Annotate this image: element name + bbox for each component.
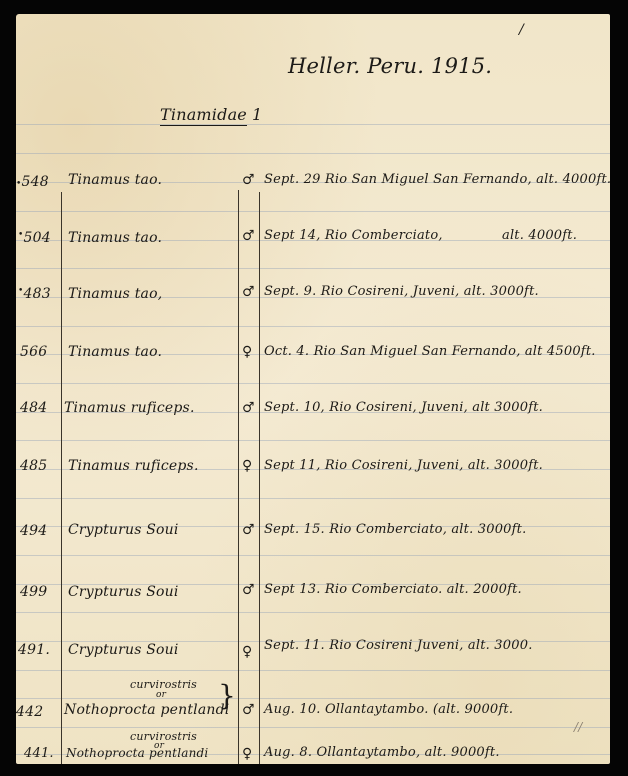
male-icon: ♂ (242, 400, 255, 416)
column-divider-sex-right (259, 192, 260, 764)
specimen-number: 494 (20, 523, 47, 539)
specimen-number: •504 (18, 230, 51, 246)
male-icon: ♂ (242, 702, 255, 718)
altitude: alt. 4000ft. (502, 228, 577, 243)
or-label: or (156, 690, 166, 700)
page-title: Heller. Peru. 1915. (288, 54, 492, 78)
specimen-number: 484 (20, 400, 47, 416)
male-icon: ♂ (242, 172, 255, 188)
family-heading: Tinamidae (160, 105, 247, 126)
species-name: Tinamus ruficeps. (68, 458, 199, 474)
specimen-number: 491. (18, 642, 50, 658)
ruled-line (16, 698, 610, 699)
brace-mark: } (218, 682, 236, 710)
ruled-line (16, 383, 610, 384)
specimen-number: 566 (20, 344, 47, 360)
collection-record: Sept. 11. Rio Cosireni Juveni, alt. 3000… (264, 638, 533, 653)
collection-record: Oct. 4. Rio San Miguel San Fernando, alt… (264, 344, 596, 359)
ruled-line (16, 211, 610, 212)
collection-record: Aug. 8. Ollantaytambo, alt. 9000ft. (264, 745, 500, 760)
female-icon: ♀ (242, 344, 252, 360)
collection-record: Sept. 15. Rio Comberciato, alt. 3000ft. (264, 522, 526, 537)
ruled-line (16, 153, 610, 154)
species-name: Crypturus Soui (68, 642, 179, 658)
species-name: Tinamus tao, (68, 286, 162, 302)
female-icon: ♀ (242, 458, 252, 474)
ruled-line (16, 124, 610, 125)
column-divider-sex-left (238, 190, 239, 764)
collection-record: Sept 13. Rio Comberciato. alt. 2000ft. (264, 582, 522, 597)
ruled-line (16, 498, 610, 499)
collection-record: Sept 11, Rio Cosireni, Juveni, alt. 3000… (264, 458, 543, 473)
male-icon: ♂ (242, 284, 255, 300)
specimen-number: 442 (16, 704, 43, 720)
ruled-line (16, 440, 610, 441)
ledger-page: Heller. Peru. 1915. Tinamidae 1 / // •54… (16, 14, 610, 764)
species-name: Crypturus Soui (68, 522, 179, 538)
specimen-number: 485 (20, 458, 47, 474)
collection-record: Aug. 10. Ollantaytambo. (alt. 9000ft. (264, 702, 513, 717)
specimen-number: 499 (20, 584, 47, 600)
species-name: Tinamus tao. (68, 344, 162, 360)
male-icon: ♂ (242, 522, 255, 538)
collection-record: Sept. 10, Rio Cosireni, Juveni, alt 3000… (264, 400, 543, 415)
specimen-number: •483 (18, 286, 51, 302)
column-divider-species (61, 192, 62, 764)
female-icon: ♀ (242, 746, 252, 762)
collection-record: Sept. 9. Rio Cosireni, Juveni, alt. 3000… (264, 284, 539, 299)
margin-mark-top: / (519, 22, 524, 38)
species-name: Tinamus tao. (68, 230, 162, 246)
ruled-line (16, 268, 610, 269)
male-icon: ♂ (242, 582, 255, 598)
ruled-line (16, 670, 610, 671)
ruled-line (16, 555, 610, 556)
species-name: Nothoprocta pentlandi (64, 702, 229, 718)
specimen-number: 441. (24, 746, 54, 761)
page-mark: 1 (252, 105, 262, 125)
specimen-number: •548 (16, 174, 49, 190)
male-icon: ♂ (242, 228, 255, 244)
species-name: Tinamus tao. (68, 172, 162, 188)
ruled-line (16, 727, 610, 728)
species-name: Nothoprocta pentlandi (66, 746, 208, 760)
collection-record: Sept 14, Rio Comberciato, (264, 228, 443, 243)
ruled-line (16, 326, 610, 327)
collection-record: Sept. 29 Rio San Miguel San Fernando, al… (264, 172, 610, 187)
margin-mark-bottom: // (574, 720, 583, 734)
species-name: Crypturus Soui (68, 584, 179, 600)
female-icon: ♀ (242, 644, 252, 660)
ruled-line (16, 612, 610, 613)
species-name: Tinamus ruficeps. (64, 400, 195, 416)
